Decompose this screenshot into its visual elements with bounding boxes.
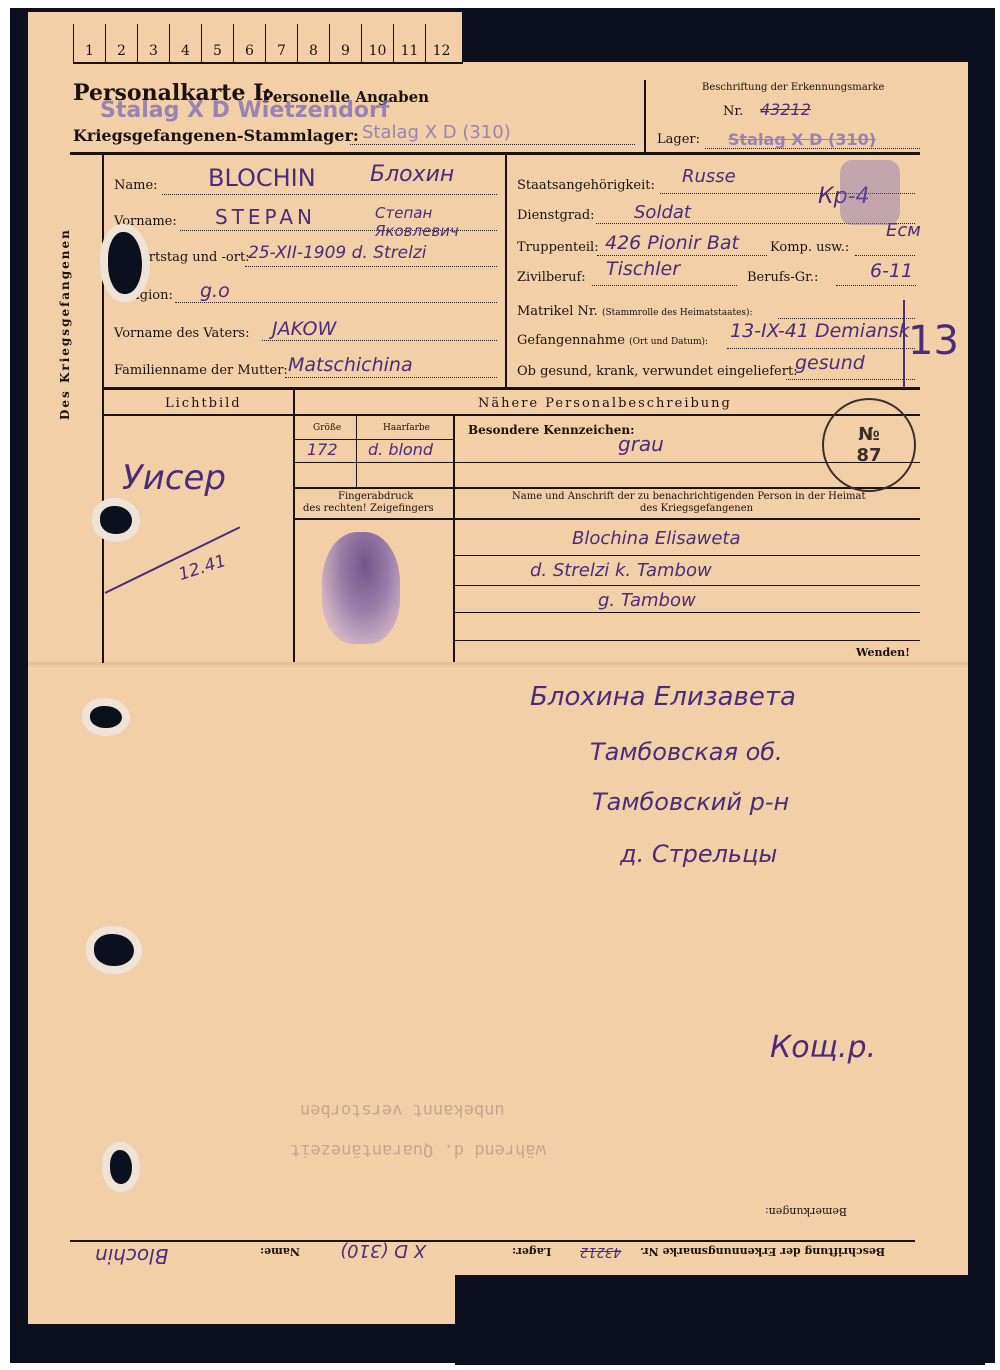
smudged-stamp xyxy=(840,160,900,225)
gefangennahme-label: Gefangennahme (Ort und Datum): xyxy=(517,333,708,348)
dotted-line xyxy=(778,318,915,319)
grid-line xyxy=(295,487,920,489)
dienstgrad-value: Soldat xyxy=(634,202,691,223)
truppenteil-value: 426 Pionir Bat xyxy=(605,232,739,254)
ruler-number: 2 xyxy=(117,43,126,59)
staat-value: Russe xyxy=(682,166,736,187)
vorname-label: Vorname: xyxy=(114,214,177,229)
komp-label: Komp. usw.: xyxy=(770,240,849,255)
stammlager-value: Stalag X D (310) xyxy=(362,122,511,143)
stamp-number: 87 xyxy=(856,445,881,466)
grid-line xyxy=(295,518,920,520)
religion-value: g.o xyxy=(200,280,230,302)
matrikel-label: Matrikel Nr. (Stammrolle des Heimatstaat… xyxy=(517,304,753,319)
ink-stroke xyxy=(903,300,905,388)
photo-divider xyxy=(293,390,295,662)
mirrored-stamp: unbekannt verstorben xyxy=(300,1100,505,1120)
ruler-number: 1 xyxy=(85,43,94,59)
footer-tag-value: 43212 xyxy=(580,1244,621,1259)
ruler-number: 3 xyxy=(149,43,158,59)
gesund-label: Ob gesund, krank, verwundet eingeliefert… xyxy=(517,364,798,379)
ruler-cell: 9 xyxy=(329,24,361,62)
dotted-line xyxy=(175,302,497,303)
dotted-line xyxy=(262,340,497,341)
tag-nr-label: Nr. xyxy=(723,104,743,119)
contact-heading-1: Name und Anschrift der zu benachrichtige… xyxy=(512,491,865,502)
groesse-label: Größe xyxy=(313,423,341,433)
dotted-line xyxy=(786,379,915,380)
ruler-cell: 8 xyxy=(297,24,329,62)
wenden-label: Wenden! xyxy=(856,646,910,659)
name-cyrillic: Блохин xyxy=(370,162,454,187)
tag-lager-value: Stalag X D (310) xyxy=(728,130,876,149)
staat-label: Staatsangehörigkeit: xyxy=(517,178,655,193)
footer-rule xyxy=(70,1240,915,1242)
dotted-line xyxy=(855,255,915,256)
contact-line: Blochina Elisaweta xyxy=(572,528,741,549)
scan-mask-bottom xyxy=(455,1275,985,1365)
geburt-value: 25-XII-1909 d. Strelzi xyxy=(248,243,427,263)
punch-hole xyxy=(100,506,132,534)
tag-lager-label: Lager: xyxy=(657,132,700,147)
vater-value: JAKOW xyxy=(272,318,336,340)
zivilberuf-value: Tischler xyxy=(606,258,680,280)
back-line: Тамбовская об. xyxy=(590,738,783,766)
grid-line xyxy=(356,416,357,488)
description-heading: Nähere Personalbeschreibung xyxy=(478,396,732,411)
vorname-cyrillic: Степан Яковлевич xyxy=(375,204,505,240)
name-value: BLOCHIN xyxy=(208,164,316,192)
contact-heading-2: des Kriegsgefangenen xyxy=(640,503,753,514)
fingerprint-label-1: Fingerabdruck xyxy=(338,491,413,502)
mutter-value: Matschichina xyxy=(288,354,413,376)
fingerprint-label-2: des rechten! Zeigefingers xyxy=(303,503,434,514)
tag-heading: Beschriftung der Erkennungsmarke xyxy=(702,82,884,93)
ruler-number: 7 xyxy=(277,43,286,59)
stammlager-label: Kriegsgefangenen-Stammlager: xyxy=(73,126,359,145)
dienstgrad-label: Dienstgrad: xyxy=(517,208,595,223)
ruler-cell: 7 xyxy=(265,24,297,62)
ruler-number: 10 xyxy=(369,43,387,59)
vater-label: Vorname des Vaters: xyxy=(114,326,249,341)
photo-signature: Уисер xyxy=(122,458,226,498)
camp-stamp: Stalag X D Wietzendorf xyxy=(100,98,389,123)
dotted-line xyxy=(836,285,916,286)
back-line: Тамбовский р-н xyxy=(592,788,789,816)
haarfarbe-label: Haarfarbe xyxy=(383,423,430,433)
photo-heading: Lichtbild xyxy=(165,396,242,411)
berufsgr-label: Berufs-Gr.: xyxy=(747,270,818,285)
ruler-baseline xyxy=(73,62,463,64)
footer-lager-label: Lager: xyxy=(512,1245,551,1258)
truppenteil-label: Truppenteil: xyxy=(517,240,599,255)
punch-hole xyxy=(108,232,142,294)
dotted-line xyxy=(592,285,737,286)
dotted-line xyxy=(350,144,635,145)
back-line: д. Стрельцы xyxy=(620,840,777,868)
number-stamp: № 87 xyxy=(822,398,916,492)
stamp-symbol: № xyxy=(858,424,880,445)
section-rule xyxy=(102,387,920,390)
dotted-line xyxy=(245,266,497,267)
mutter-label: Familienname der Mutter: xyxy=(114,363,288,378)
mirrored-stamp: während d. Quarantänezeit xyxy=(290,1140,546,1160)
ruler-number: 5 xyxy=(213,43,222,59)
ruler-cell: 10 xyxy=(361,24,393,62)
punch-hole xyxy=(90,706,122,728)
grid-line xyxy=(453,416,455,662)
fingerprint-image xyxy=(322,532,400,644)
contact-line: d. Strelzi k. Tambow xyxy=(530,560,712,581)
dotted-line xyxy=(727,348,915,349)
berufsgr-value: 6-11 xyxy=(870,260,913,282)
footer-name-value: Blochin xyxy=(95,1244,168,1268)
grid-line xyxy=(455,585,920,586)
ruler-cell: 6 xyxy=(233,24,265,62)
back-signature: Кощ.р. xyxy=(770,1030,876,1065)
name-label: Name: xyxy=(114,178,158,193)
ruler-number: 9 xyxy=(341,43,350,59)
ruler-cell: 12 xyxy=(425,24,457,62)
ruler-cell: 11 xyxy=(393,24,425,62)
scan-mask-top xyxy=(462,10,982,62)
groesse-value: 172 xyxy=(307,440,338,459)
contact-line: g. Tambow xyxy=(598,590,696,611)
ruler-cell: 5 xyxy=(201,24,233,62)
bemerkungen-label: Bemerkungen: xyxy=(765,1205,847,1218)
gefangennahme-value: 13-IX-41 Demiansk xyxy=(730,320,910,342)
vorname-value: STEPAN xyxy=(215,205,316,229)
ruler-cell: 1 xyxy=(73,24,105,62)
kennzeichen-label: Besondere Kennzeichen: xyxy=(468,423,635,437)
footer-name-label: Name: xyxy=(260,1245,300,1258)
header-rule xyxy=(70,152,920,155)
punch-hole xyxy=(94,934,134,966)
grid-line xyxy=(455,555,920,556)
ruler-cell: 2 xyxy=(105,24,137,62)
ruler-number: 11 xyxy=(401,43,419,59)
ruler-cell: 4 xyxy=(169,24,201,62)
footer-tag-label: Beschriftung der Erkennungsmarke Nr. xyxy=(640,1245,885,1258)
dotted-line xyxy=(285,377,497,378)
frame-left xyxy=(102,155,104,663)
margin-note: 13 xyxy=(908,318,959,364)
ruler-number: 4 xyxy=(181,43,190,59)
ruler-number: 12 xyxy=(433,43,451,59)
heading-rule xyxy=(102,414,920,416)
punch-hole xyxy=(110,1150,132,1184)
haarfarbe-value: d. blond xyxy=(368,440,433,459)
dotted-line xyxy=(162,194,497,195)
tag-nr-value: 43212 xyxy=(760,100,811,119)
dotted-line xyxy=(597,255,767,256)
header-divider xyxy=(644,80,646,154)
back-line: Блохина Елизавета xyxy=(530,682,796,712)
grid-line xyxy=(455,640,920,641)
kennzeichen-value: grau xyxy=(618,432,664,456)
grid-line xyxy=(295,462,453,463)
ruler-number: 8 xyxy=(309,43,318,59)
ruler-number: 6 xyxy=(245,43,254,59)
frame-mid xyxy=(505,155,507,387)
ruler-cell: 3 xyxy=(137,24,169,62)
side-label: Des Kriegsgefangenen xyxy=(58,228,72,420)
zivilberuf-label: Zivilberuf: xyxy=(517,270,586,285)
footer-lager-value: X D (310) xyxy=(340,1240,426,1261)
grid-line xyxy=(455,612,920,613)
gesund-value: gesund xyxy=(795,352,865,374)
card-fold xyxy=(28,662,968,670)
